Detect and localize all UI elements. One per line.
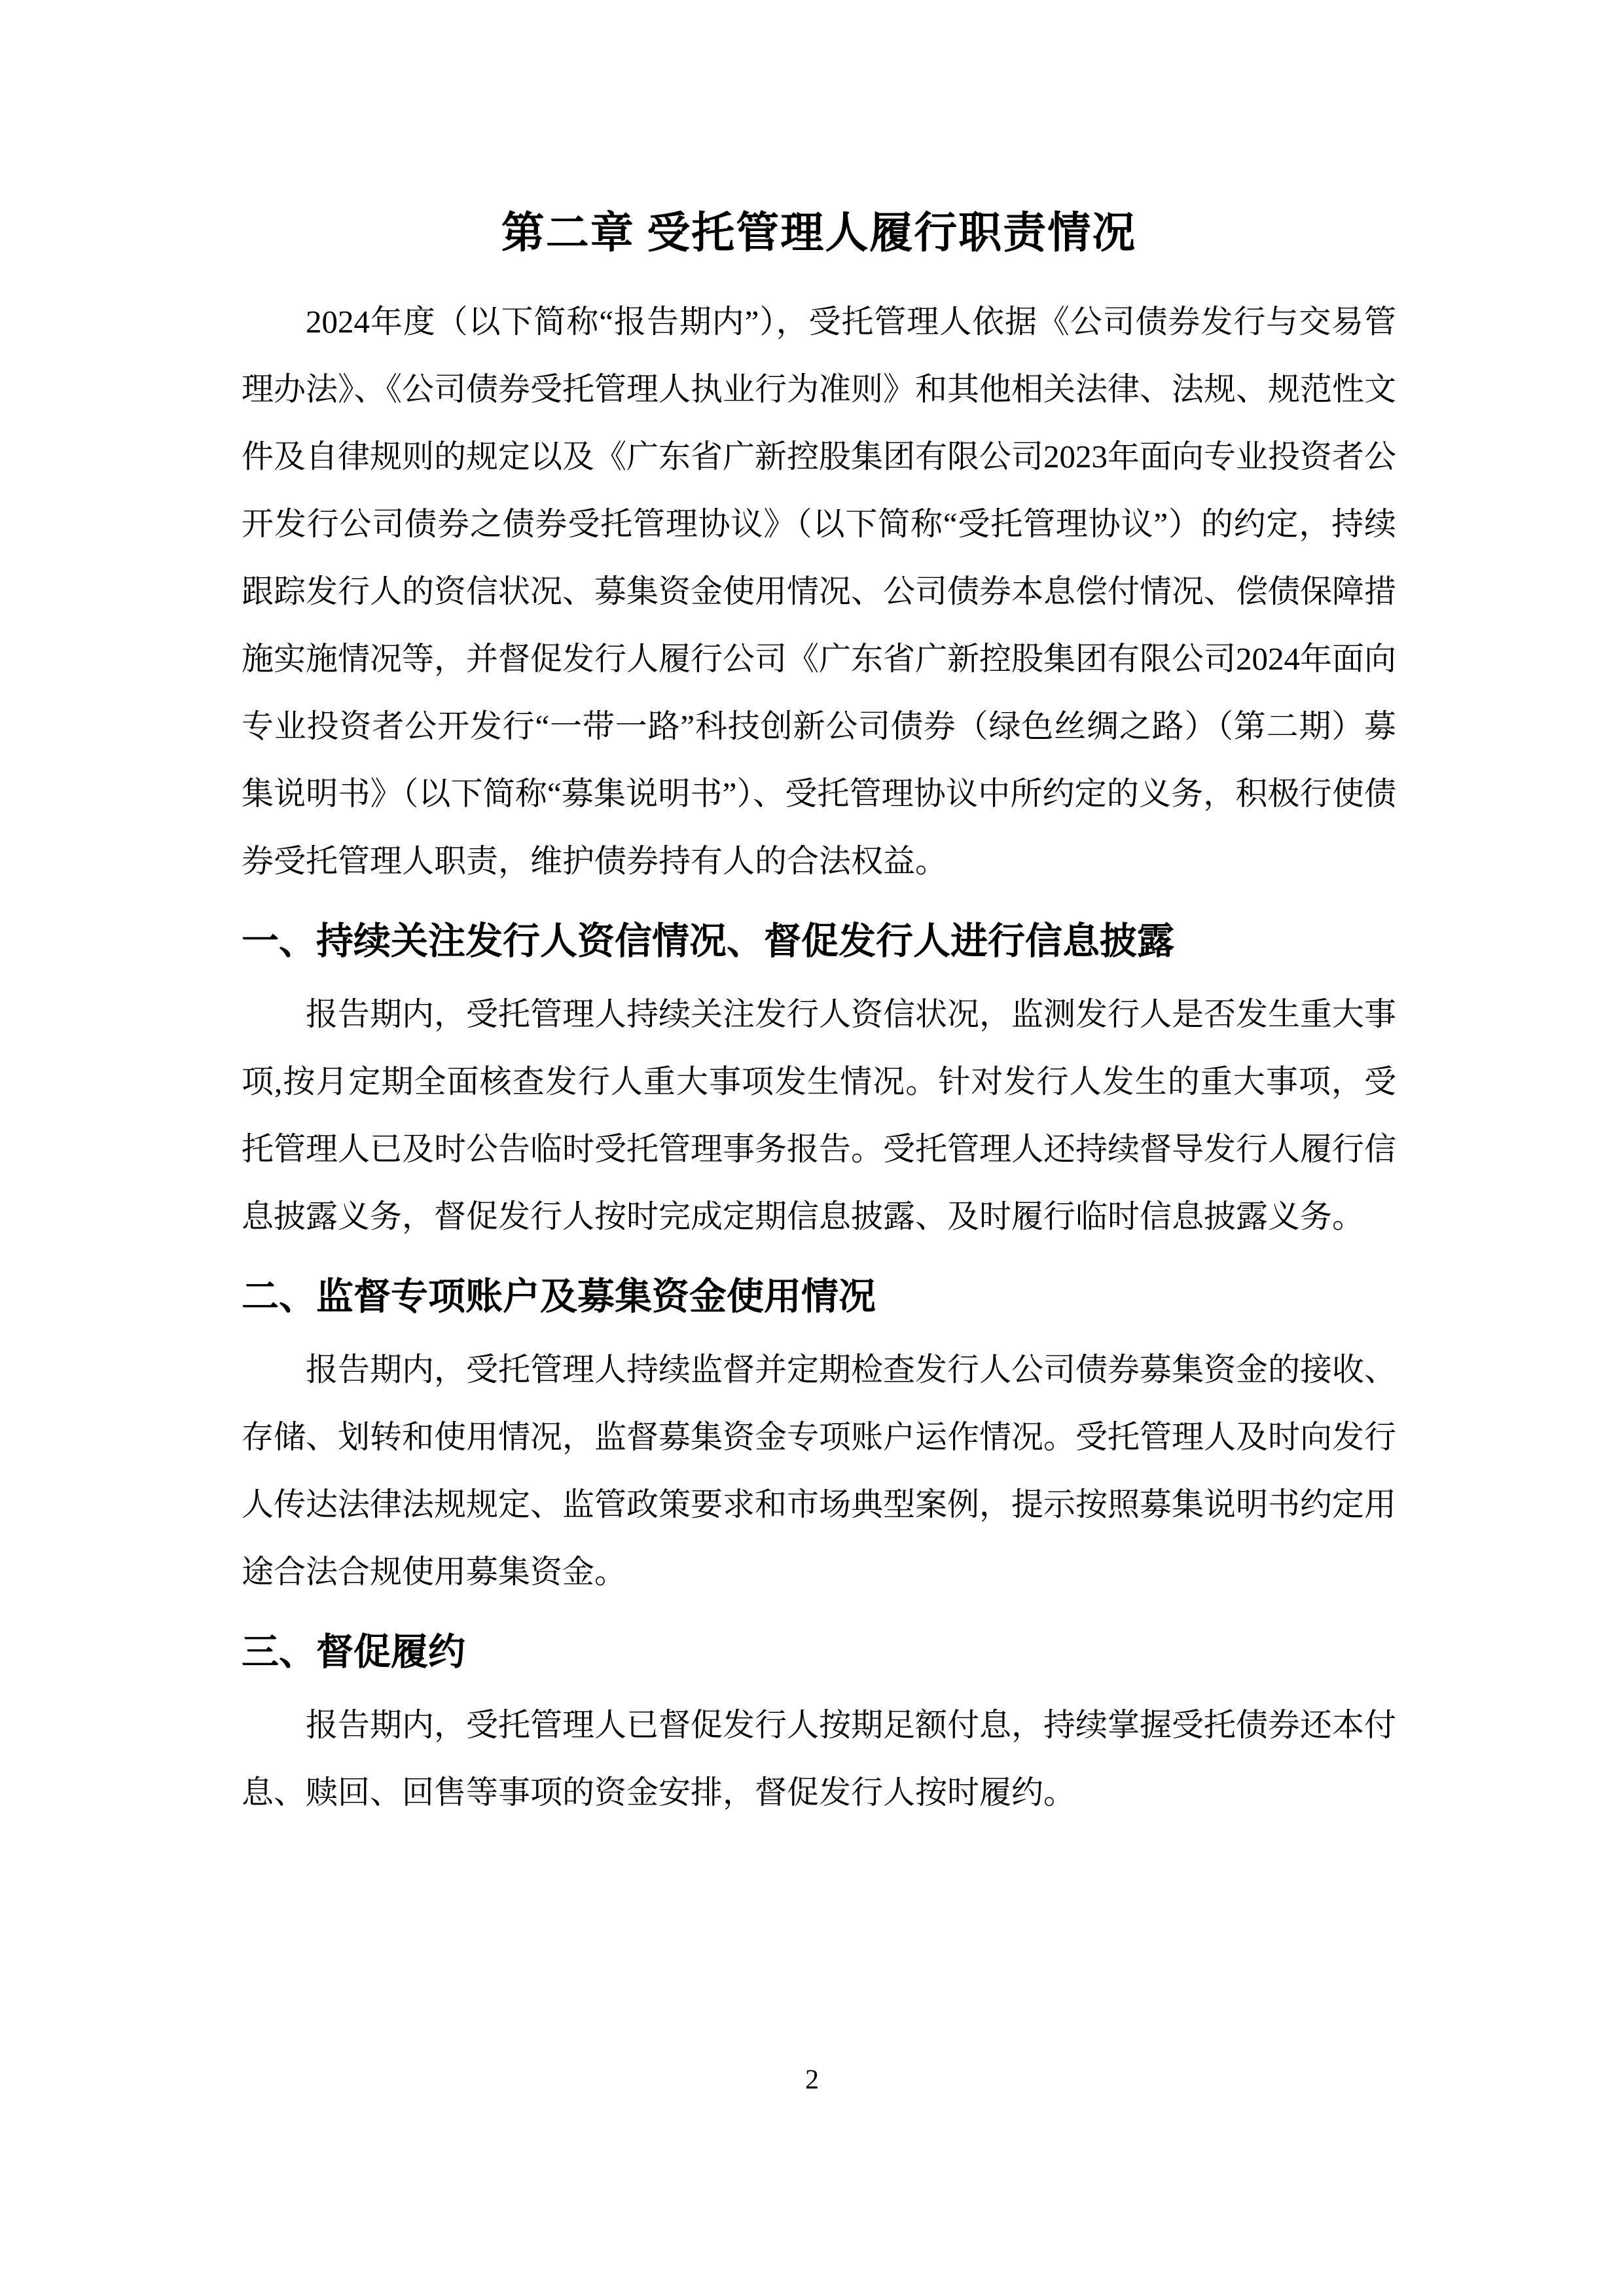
section-paragraph-2: 报告期内，受托管理人持续监督并定期检查发行人公司债券募集资金的接收、存储、划转和… [242, 1336, 1396, 1605]
section-heading-3: 三、督促履约 [242, 1619, 1396, 1686]
section-paragraph-3: 报告期内，受托管理人已督促发行人按期足额付息，持续掌握受托债券还本付息、赎回、回… [242, 1691, 1396, 1826]
chapter-title: 第二章 受托管理人履行职责情况 [242, 198, 1396, 270]
intro-paragraph: 2024年度（以下简称“报告期内”），受托管理人依据《公司债券发行与交易管理办法… [242, 288, 1396, 895]
section-paragraph-1: 报告期内，受托管理人持续关注发行人资信状况，监测发行人是否发生重大事项,按月定期… [242, 980, 1396, 1250]
document-page: 第二章 受托管理人履行职责情况 2024年度（以下简称“报告期内”），受托管理人… [0, 0, 1624, 2296]
page-number: 2 [0, 2064, 1624, 2096]
section-heading-1: 一、持续关注发行人资信情况、督促发行人进行信息披露 [242, 908, 1396, 975]
document-content: 第二章 受托管理人履行职责情况 2024年度（以下简称“报告期内”），受托管理人… [242, 0, 1396, 1826]
section-heading-2: 二、监督专项账户及募集资金使用情况 [242, 1263, 1396, 1331]
